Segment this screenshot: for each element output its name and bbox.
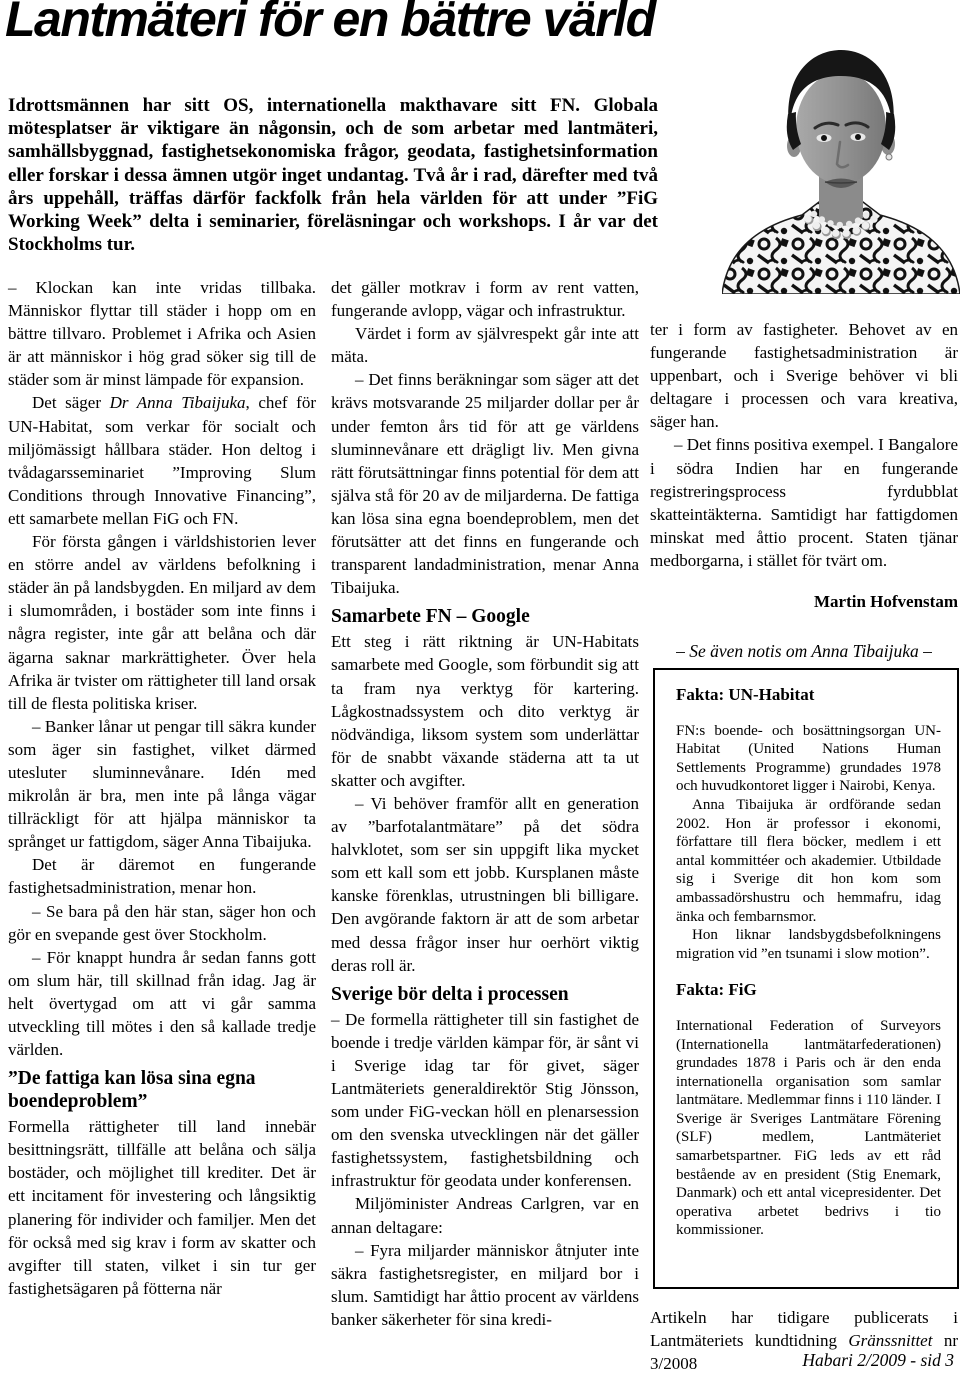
text-run: – Se även notis om Anna Tibaijuka –	[676, 641, 932, 661]
fakta-heading: Fakta: UN-Habitat	[676, 686, 941, 705]
text-run: Martin Hofvenstam	[814, 592, 958, 611]
text-run: – Det finns beräkningar som säger att de…	[331, 370, 639, 597]
fakta-heading: Fakta: FiG	[676, 981, 941, 1000]
article-paragraph: Formella rättigheter till land innebär b…	[8, 1115, 316, 1300]
text-run: International Federation of Surveyors (I…	[676, 1018, 941, 1239]
article-paragraph: – Vi behöver framför allt en generation …	[331, 792, 639, 977]
article-paragraph: – För knappt hundra år sedan fanns gott …	[8, 946, 316, 1061]
byline: Martin Hofvenstam	[650, 590, 958, 613]
article-page: Lantmäteri för en bättre värld Idrottsmä…	[0, 0, 960, 1373]
text-run: För första gången i världshistorien leve…	[8, 532, 316, 713]
article-paragraph: – Det finns beräkningar som säger att de…	[331, 368, 639, 599]
text-run: Fakta: FiG	[676, 980, 757, 999]
column-1: – Klockan kan inte vridas tillbaka. Männ…	[8, 276, 316, 1300]
text-run: det gäller motkrav i form av rent vatten…	[331, 278, 639, 320]
cross-reference-note: – Se även notis om Anna Tibaijuka –	[650, 640, 958, 663]
article-paragraph: – Se bara på den här stan, säger hon och…	[8, 900, 316, 946]
portrait-photo	[722, 26, 960, 294]
text-run: FN:s boende- och bosättningsorgan UN-Hab…	[676, 723, 941, 795]
text-run: Det säger	[32, 393, 110, 412]
text-run: – Fyra miljarder människor åtnjuter inte…	[331, 1241, 639, 1329]
article-paragraph: – Det finns positiva exempel. I Bangalor…	[650, 433, 958, 572]
article-paragraph: ter i form av fastigheter. Behovet av en…	[650, 318, 958, 433]
section-heading: ”De fattiga kan lösa sina egna boendepro…	[8, 1067, 316, 1113]
page-footer: Habari 2/2009 - sid 3	[802, 1350, 954, 1371]
text-run: – Det finns positiva exempel. I Bangalor…	[650, 435, 958, 569]
article-paragraph: – Klockan kan inte vridas tillbaka. Männ…	[8, 276, 316, 391]
column-3: ter i form av fastigheter. Behovet av en…	[650, 318, 958, 663]
article-paragraph: Hon liknar landsbygdsbefolkningens migra…	[676, 926, 941, 963]
text-run: – Banker lånar ut pengar till säkra kund…	[8, 717, 316, 851]
text-run: – De formella rättigheter till sin fasti…	[331, 1010, 639, 1191]
article-paragraph: Ett steg i rätt riktning är UN-Habitats …	[331, 630, 639, 792]
text-run: Fakta: UN-Habitat	[676, 685, 814, 704]
text-run: Formella rättigheter till land innebär b…	[8, 1117, 316, 1298]
section-heading: Samarbete FN – Google	[331, 605, 639, 628]
text-run: – Klockan kan inte vridas tillbaka. Männ…	[8, 278, 316, 389]
standfirst-paragraph: Idrottsmännen har sitt OS, internationel…	[8, 94, 658, 256]
text-run: – För knappt hundra år sedan fanns gott …	[8, 948, 316, 1059]
article-paragraph: – Fyra miljarder människor åtnjuter inte…	[331, 1239, 639, 1331]
article-paragraph: – Banker lånar ut pengar till säkra kund…	[8, 715, 316, 854]
article-paragraph: För första gången i världshistorien leve…	[8, 530, 316, 715]
text-run: ter i form av fastigheter. Behovet av en…	[650, 320, 958, 431]
text-run: Sverige bör delta i processen	[331, 984, 569, 1005]
text-run: ”De fattiga kan lösa sina egna boendepro…	[8, 1068, 256, 1112]
portrait-photo-graphic	[722, 26, 960, 294]
article-paragraph: – De formella rättigheter till sin fasti…	[331, 1008, 639, 1193]
text-run: Värdet i form av självrespekt går inte a…	[331, 324, 639, 366]
article-paragraph: FN:s boende- och bosättningsorgan UN-Hab…	[676, 722, 941, 796]
text-run: Det är däremot en fungerande fastighetsa…	[8, 855, 316, 897]
article-paragraph: Det är däremot en fungerande fastighetsa…	[8, 853, 316, 899]
page-title: Lantmäteri för en bättre värld	[5, 0, 655, 48]
text-run: Ett steg i rätt riktning är UN-Habitats …	[331, 632, 639, 790]
text-run: Miljöminister Andreas Carlgren, var en a…	[331, 1194, 639, 1236]
column-2: det gäller motkrav i form av rent vatten…	[331, 276, 639, 1331]
text-run: – Se bara på den här stan, säger hon och…	[8, 902, 316, 944]
article-paragraph: International Federation of Surveyors (I…	[676, 1017, 941, 1240]
article-paragraph: Värdet i form av självrespekt går inte a…	[331, 322, 639, 368]
text-run: Samarbete FN – Google	[331, 606, 530, 627]
article-paragraph: Anna Tibaijuka är ordförande sedan 2002.…	[676, 796, 941, 926]
italic-text: Gränssnittet	[848, 1331, 932, 1350]
article-paragraph: Det säger Dr Anna Tibaijuka, chef för UN…	[8, 391, 316, 530]
text-run: , chef för UN-Habitat, som verkar för so…	[8, 393, 316, 527]
text-run: Anna Tibaijuka är ordförande sedan 2002.…	[676, 797, 941, 925]
article-paragraph: det gäller motkrav i form av rent vatten…	[331, 276, 639, 322]
text-run: Hon liknar landsbygdsbefolkningens migra…	[676, 927, 941, 962]
text-run: – Vi behöver framför allt en generation …	[331, 794, 639, 975]
fakta-box: Fakta: UN-HabitatFN:s boende- och bosätt…	[653, 668, 959, 1289]
article-paragraph: Miljöminister Andreas Carlgren, var en a…	[331, 1192, 639, 1238]
section-heading: Sverige bör delta i processen	[331, 983, 639, 1006]
italic-text: Dr Anna Tibaijuka	[110, 393, 246, 412]
